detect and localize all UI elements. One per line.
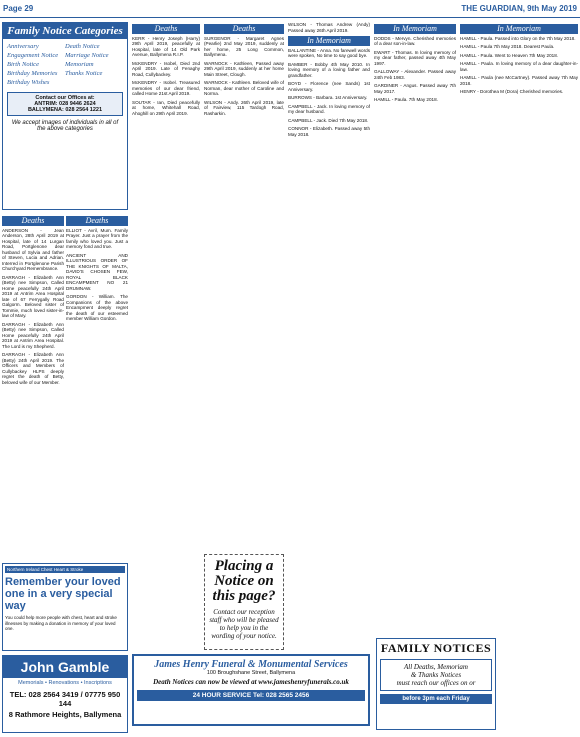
memoriam-column-1: WILSON - Thomas Andrew (Andy) Passed awa… <box>288 22 370 650</box>
deaths-heading: Deaths <box>132 24 200 34</box>
notice: GORDON - William. The Companions of the … <box>66 294 128 322</box>
notice: McKENDRY - Isobel, Died 2nd April 2019. … <box>132 61 200 78</box>
ad-address: 8 Rathmore Heights, Ballymena <box>3 710 127 719</box>
notice: HAMILL - Paula. In loving memory of a de… <box>460 61 578 72</box>
james-henry-ad: James Henry Funeral & Monumental Service… <box>132 654 370 726</box>
memoriam-column-2: In Memoriam DODDS - Mervyn. Cherished me… <box>374 22 456 632</box>
category-item: Birthday Wishes <box>7 78 65 87</box>
deaths-heading: Deaths <box>2 216 64 226</box>
ad-title: Remember your loved one in a very specia… <box>5 576 125 612</box>
ad-tel: TEL: 028 2564 3419 / 07775 950 144 <box>3 688 127 710</box>
notice: BURROWS - Barbara. 1st Anniversary. <box>288 95 370 101</box>
memoriam-column-3: In Memoriam HAMILL - Paula. Passed into … <box>460 22 578 732</box>
category-item: Marriage Notice <box>65 51 123 60</box>
ad-title: John Gamble <box>3 656 127 678</box>
paper-date: THE GUARDIAN, 9th May 2019 <box>461 4 577 13</box>
notice: HENRY - Dorothea M (Dora) Cherished memo… <box>460 89 578 95</box>
notice: ANDERSON - Jean Anderson, 28th April 201… <box>2 228 64 272</box>
notice: SOUTAR - Ian, Died peacefully at home, W… <box>132 100 200 117</box>
notice: BOYD - Florence (nee Sands) 1st Annivers… <box>288 81 370 92</box>
notice: CAMPBELL - Jack. In loving memory of my … <box>288 104 370 115</box>
notice: DARRAGH - Elizabeth Ann (Betty) nee Simp… <box>2 275 64 319</box>
contact-box: Contact our Offices at: ANTRIM: 028 9446… <box>7 92 123 116</box>
deaths-column-4: Deaths SURGENOR - Margaret Agnes (Pearli… <box>204 22 284 550</box>
notice: HAMILL - Paula. Went to Heaven 7th May 2… <box>460 53 578 59</box>
deaths-column-1: Deaths ANDERSON - Jean Anderson, 28th Ap… <box>2 214 64 559</box>
notice: DODDS - Mervyn. Cherished memories of a … <box>374 36 456 47</box>
category-item: Engagement Notice <box>7 51 65 60</box>
notice: HAMILL - Paula. 7th May 2018. <box>374 97 456 103</box>
placing-notice-ad: Placing a Notice on this page? Contact o… <box>204 554 284 650</box>
notice: WILSON - Andy. 26th April 2019, late of … <box>204 100 284 117</box>
notice: GARDINER - Angus. Passed away 7th May 20… <box>374 83 456 94</box>
categories-title: Family Notice Categories <box>3 23 127 39</box>
category-item: Death Notice <box>65 42 123 51</box>
ad-title: James Henry Funeral & Monumental Service… <box>137 659 365 670</box>
ballymena-tel: 028 2564 1221 <box>65 107 102 113</box>
notice: DARRAGH - Elizabeth Ann (Betty) 24th Apr… <box>2 352 64 385</box>
deaths-heading: Deaths <box>66 216 128 226</box>
categories-note: We accept images of individuals in all o… <box>3 118 127 134</box>
notice: HAMILL - Paula. Passed into Glory on the… <box>460 36 578 42</box>
notice: WILSON - Thomas Andrew (Andy) Passed awa… <box>288 22 370 33</box>
notice: WARNOCK - Kathleen. Beloved wife of Norm… <box>204 80 284 97</box>
notice: BAMBER - Bobby 4th May 2010. In loving m… <box>288 62 370 79</box>
notice: HAMILL - Paula 7th May 2018. Dearest Pau… <box>460 44 578 50</box>
ad-bar: 24 HOUR SERVICE Tel: 028 2565 2456 <box>137 690 365 701</box>
notice: DARRAGH - Elizabeth Ann (Betty) nee Simp… <box>2 322 64 350</box>
notice: GALLOWAY - Alexander. Passed away 24th F… <box>374 69 456 80</box>
ad-body: Contact our reception staff who will be … <box>205 608 283 640</box>
deaths-heading: Deaths <box>204 24 284 34</box>
ad-services: Memorials • Renovations • Inscriptions <box>3 678 127 688</box>
notice: ELLIOT - Avril, Mum. Family Prayer. Just… <box>66 228 128 250</box>
ad-title: Placing a Notice on this page? <box>205 559 283 604</box>
family-notice-categories: Family Notice Categories Anniversary Eng… <box>2 22 128 210</box>
ad-body: You could help more people with chest, h… <box>5 615 125 632</box>
john-gamble-ad: John Gamble Memorials • Renovations • In… <box>2 655 128 733</box>
notice: BALLANTINE - Anna. No farewell words wer… <box>288 48 370 59</box>
notice: KERR - Henry Joseph (Harry) 29th April 2… <box>132 36 200 58</box>
memoriam-heading: In Memoriam <box>374 24 456 34</box>
category-item: Thanks Notice <box>65 69 123 78</box>
memoriam-heading: In Memoriam <box>288 36 370 46</box>
deaths-column-3: Deaths KERR - Henry Joseph (Harry) 29th … <box>132 22 200 650</box>
notice: WARNOCK - Kathleen, Passed away 29th Apr… <box>204 61 284 78</box>
notice: ANCIENT AND ILLUSTRIOUS ORDER OF THE KNI… <box>66 253 128 292</box>
category-item: Birth Notice <box>7 60 65 69</box>
deaths-column-2: Deaths ELLIOT - Avril, Mum. Family Praye… <box>66 214 128 559</box>
notice: McKENDRY - Isobel. Treasured memories of… <box>132 80 200 97</box>
chest-heart-stroke-ad: Northern Ireland Chest Heart & Stroke Re… <box>2 563 128 651</box>
notice: SURGENOR - Margaret Agnes (Pearlie) 2nd … <box>204 36 284 58</box>
ad-note: Death Notices can now be viewed at www.j… <box>137 678 365 686</box>
notice: CONNOR - Elizabeth. Passed away 5th May … <box>288 126 370 137</box>
category-item: Anniversary <box>7 42 65 51</box>
notice: HAMILL - Paula (nee McCartney). Passed a… <box>460 75 578 86</box>
category-item: Birthday Memories <box>7 69 65 78</box>
notice: EWART - Thomas. In loving memory of my d… <box>374 50 456 67</box>
memoriam-heading: In Memoriam <box>460 24 578 34</box>
category-item: Memoriam <box>65 60 123 69</box>
ballymena-label: BALLYMENA: <box>28 107 64 113</box>
ad-bar: Northern Ireland Chest Heart & Stroke <box>5 566 125 573</box>
page-header: Page 29 THE GUARDIAN, 9th May 2019 <box>0 0 580 18</box>
notice: CAMPBELL - Jack. Died 7th May 2018. <box>288 118 370 124</box>
ad-address: 100 Broughshane Street, Ballymena <box>137 670 365 676</box>
page-number: Page 29 <box>3 4 33 13</box>
